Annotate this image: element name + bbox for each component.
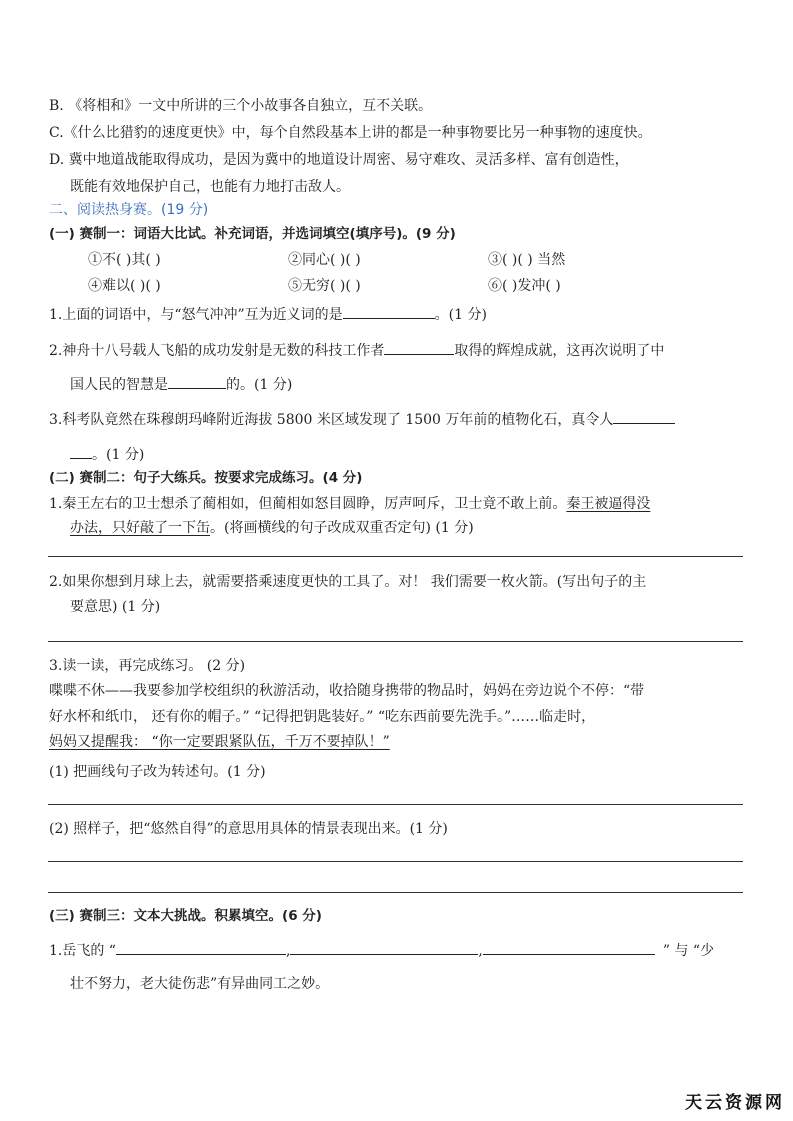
word-item-3: ③( )( ) 当然	[488, 250, 688, 270]
part3-q1-line1: 1.岳飞的 “,,” 与 “少	[49, 940, 714, 961]
answer-line-sub2-a[interactable]	[48, 861, 743, 862]
q3-text: 3.科考队竟然在珠穆朗玛峰附近海拔 5800 米区域发现了 1500 万年前的植…	[49, 412, 613, 428]
poem-blank-1[interactable]	[116, 940, 286, 955]
word-item-1: ①不( )其( )	[88, 250, 288, 270]
part1-title: (一) 赛制一：词语大比试。补充词语，并选词填空(填序号)。(9 分)	[49, 224, 456, 244]
q2-text: 2.神舟十八号载人飞船的成功发射是无数的科技工作者	[49, 343, 384, 359]
part2-q3-title: 3.读一读，再完成练习。 (2 分)	[49, 656, 245, 676]
q2-answer-blank-2[interactable]	[168, 374, 226, 389]
part2-title: (二) 赛制二：句子大练兵。按要求完成练习。(4 分)	[49, 468, 362, 488]
option-c: C.《什么比猎豹的速度更快》中，每个自然段基本上讲的都是一种事物要比另一种事物的…	[49, 123, 652, 143]
poem-blank-3[interactable]	[483, 940, 655, 955]
part1-q3-line2: 。(1 分)	[70, 444, 144, 465]
passage-line-1: 喋喋不休——我要参加学校组织的秋游活动，收拾随身携带的物品时，妈妈在旁边说个不停…	[49, 681, 644, 701]
part1-q2-line1: 2.神舟十八号载人飞船的成功发射是无数的科技工作者取得的辉煌成就，这再次说明了中	[49, 340, 664, 361]
part2-q1-line1: 1.秦王左右的卫士想杀了蔺相如，但蔺相如怒目圆睁，厉声呵斥，卫士竟不敢上前。秦王…	[49, 494, 650, 514]
part2-q2-line2: 要意思) (1 分)	[70, 597, 160, 617]
q1-instruction: 。(将画横线的句子改成双重否定句) (1 分)	[210, 520, 474, 536]
q2-answer-blank-1[interactable]	[384, 340, 454, 355]
part2-q2-line1: 2.如果你想到月球上去，就需要搭乘速度更快的工具了。对！ 我们需要一枚火箭。(写…	[49, 572, 646, 592]
part3-q1-suffix: ” 与 “少	[655, 943, 714, 959]
q1-score: 。(1 分)	[435, 307, 487, 323]
word-item-6: ⑥( )发冲( )	[488, 276, 688, 296]
watermark-logo: 天云资源网	[685, 1088, 785, 1113]
q1-sentence: 1.秦王左右的卫士想杀了蔺相如，但蔺相如怒目圆睁，厉声呵斥，卫士竟不敢上前。	[49, 496, 566, 512]
word-item-5: ⑤无穷( )( )	[288, 276, 488, 296]
part3-title: (三) 赛制三：文本大挑战。积累填空。(6 分)	[49, 906, 322, 926]
q2-score: 的。(1 分)	[226, 377, 292, 393]
answer-line-q2[interactable]	[48, 641, 743, 642]
q2-text-line2: 国人民的智慧是	[70, 377, 168, 393]
q3-answer-blank[interactable]	[613, 409, 675, 424]
q1-underlined-sentence-cont: 办法，只好敲了一下缶	[70, 520, 210, 536]
sub-question-1: (1) 把画线句子改为转述句。(1 分)	[49, 762, 266, 782]
poem-blank-2[interactable]	[290, 940, 478, 955]
sub-question-2: (2) 照样子，把“悠然自得”的意思用具体的情景表现出来。(1 分)	[49, 819, 448, 839]
q1-text: 1.上面的词语中，与“怒气冲冲”互为近义词的是	[49, 307, 343, 323]
passage-line-3-underlined: 妈妈又提醒我： “你一定要跟紧队伍，千万不要掉队！”	[49, 732, 390, 752]
option-d-line2: 既能有效地保护自己，也能有力地打击敌人。	[70, 177, 350, 197]
q1-answer-blank[interactable]	[343, 304, 435, 319]
part3-q1-line2: 壮不努力，老大徒伤悲”有异曲同工之妙。	[70, 974, 329, 994]
part1-q1: 1.上面的词语中，与“怒气冲冲”互为近义词的是。(1 分)	[49, 304, 487, 325]
part1-q3-line1: 3.科考队竟然在珠穆朗玛峰附近海拔 5800 米区域发现了 1500 万年前的植…	[49, 409, 675, 430]
option-d-line1: D. 冀中地道战能取得成功，是因为冀中的地道设计周密、易守难攻、灵活多样、富有创…	[49, 150, 629, 170]
passage-line-2: 好水杯和纸巾， 还有你的帽子。” “记得把钥匙装好。” “吃东西前要先洗手。”……	[49, 707, 595, 727]
q3-score: 。(1 分)	[92, 447, 144, 463]
q1-underlined-sentence: 秦王被逼得没	[566, 496, 650, 512]
option-b: B. 《将相和》一文中所讲的三个小故事各自独立，互不关联。	[49, 96, 432, 116]
q2-text-middle: 取得的辉煌成就，这再次说明了中	[454, 343, 664, 359]
part2-q1-line2: 办法，只好敲了一下缶。(将画横线的句子改成双重否定句) (1 分)	[70, 518, 474, 538]
answer-line-q1[interactable]	[48, 556, 743, 557]
part1-q2-line2: 国人民的智慧是的。(1 分)	[70, 374, 292, 395]
part3-q1-text: 1.岳飞的 “	[49, 943, 116, 959]
answer-line-sub2-b[interactable]	[48, 892, 743, 893]
answer-line-sub1[interactable]	[48, 804, 743, 805]
word-item-2: ②同心( )( )	[288, 250, 488, 270]
word-row-1: ①不( )其( )②同心( )( )③( )( ) 当然	[88, 250, 688, 270]
section-heading: 二、阅读热身赛。(19 分)	[49, 200, 208, 220]
word-item-4: ④难以( )( )	[88, 276, 288, 296]
word-row-2: ④难以( )( )⑤无穷( )( )⑥( )发冲( )	[88, 276, 688, 296]
q3-answer-blank-cont[interactable]	[70, 444, 92, 459]
